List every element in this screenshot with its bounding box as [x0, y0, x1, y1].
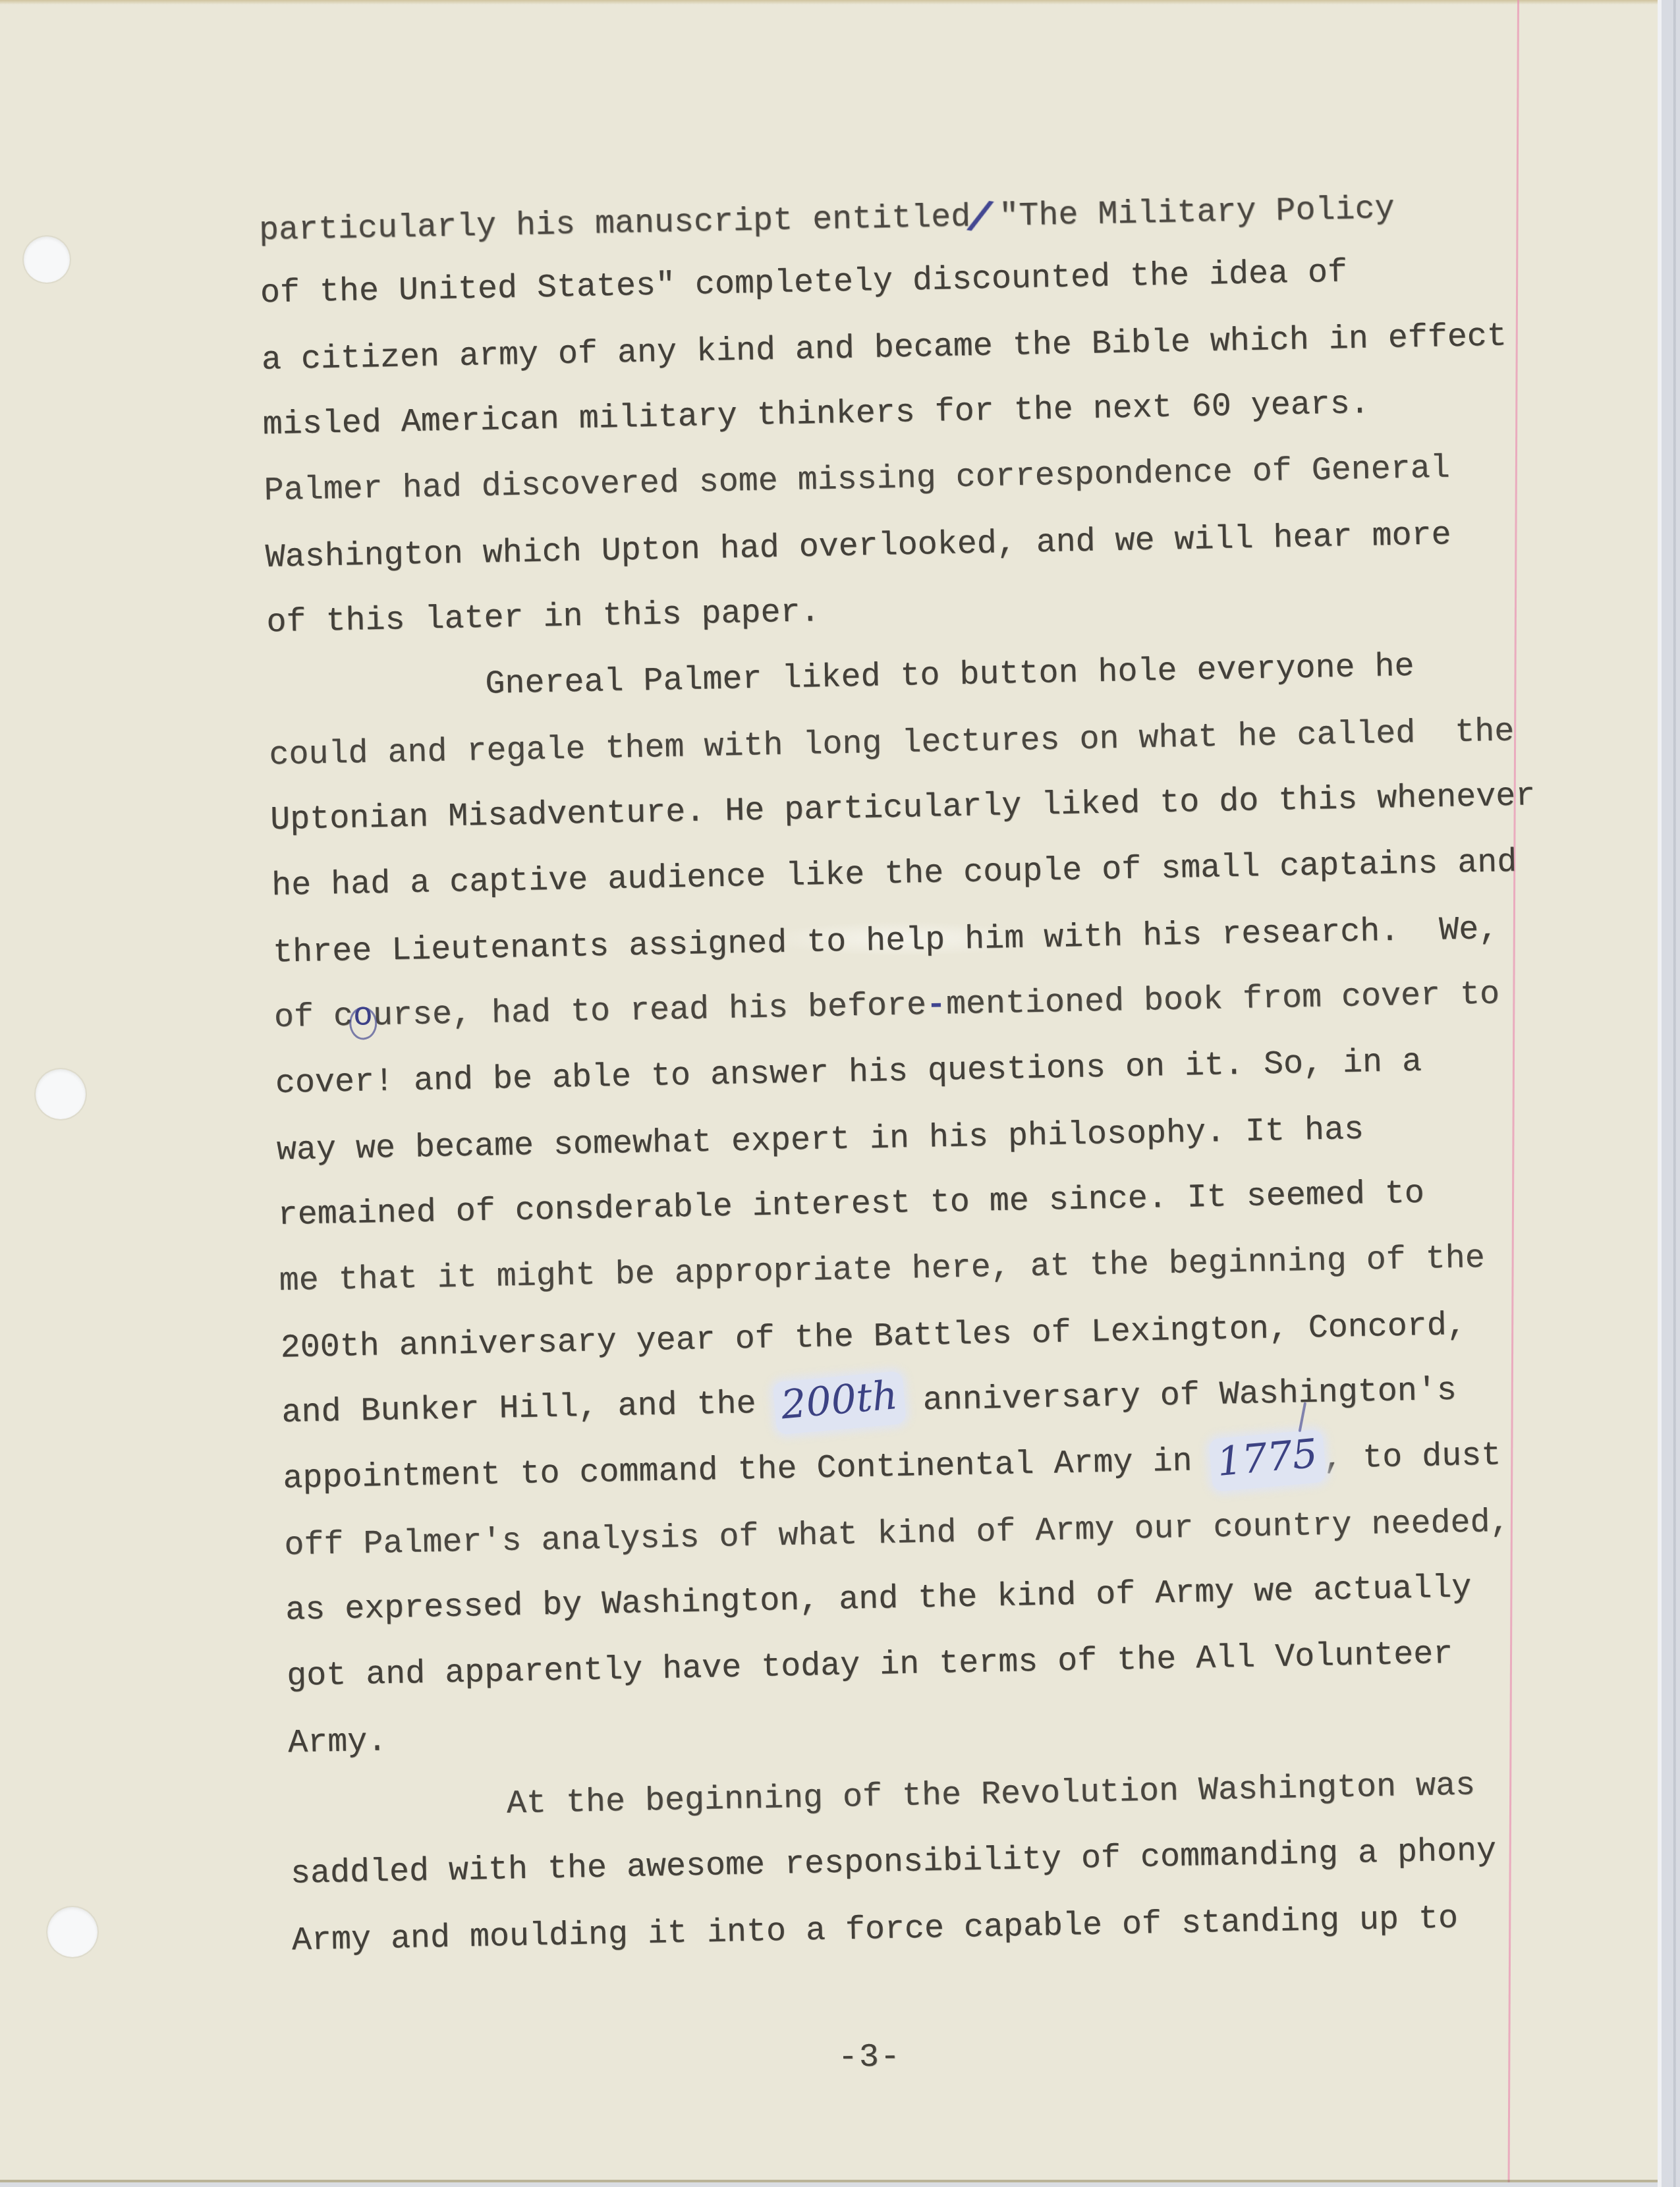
- typed-text: he had a captive audience like the coupl…: [271, 844, 1517, 905]
- pen-hyphen-correction: -: [926, 986, 947, 1024]
- typed-text: got and apparently have today in terms o…: [287, 1636, 1453, 1696]
- typed-text: could and regale them with long lectures…: [269, 713, 1515, 774]
- handwritten-correction: 1775: [1209, 1429, 1327, 1492]
- typed-text: as expressed by Washington, and the kind…: [285, 1569, 1472, 1630]
- typed-text: particularly his manuscript entitled: [259, 199, 971, 250]
- punch-hole-middle: [36, 1069, 86, 1119]
- typed-text: urse, had to read his before: [373, 987, 927, 1035]
- pen-letter-correction: o: [353, 997, 374, 1036]
- typed-text: of this later in this paper.: [266, 594, 820, 642]
- typed-text: of c: [274, 998, 354, 1037]
- typed-text: a citizen army of any kind and became th…: [261, 318, 1507, 379]
- typed-text: , to dust: [1323, 1437, 1501, 1478]
- typed-text: remained of consderable interest to me s…: [277, 1175, 1424, 1234]
- typed-text: mentioned book from cover to: [946, 976, 1500, 1024]
- handwritten-correction: 200th: [773, 1371, 907, 1435]
- typed-text: way we became somewhat expert in his phi…: [276, 1111, 1364, 1170]
- typed-text: and Bunker Hill, and the: [281, 1385, 776, 1432]
- punch-hole-top: [24, 236, 70, 283]
- typed-text: saddled with the awesome responsibility …: [290, 1833, 1496, 1893]
- typed-text: three Lieutenants assigned to help him w…: [273, 911, 1499, 972]
- typed-text: At the beginning of the Revolution Washi…: [289, 1767, 1476, 1827]
- typed-text: Washington which Upton had overlooked, a…: [265, 516, 1451, 577]
- typed-text: misled American military thinkers for th…: [262, 385, 1370, 444]
- typed-text: off Palmer's analysis of what kind of Ar…: [284, 1504, 1510, 1565]
- paper-top-edge: [0, 0, 1680, 5]
- typed-text: me that it might be appropriate here, at…: [279, 1240, 1485, 1300]
- typed-text: Gnereal Palmer liked to button hole ever…: [267, 648, 1414, 707]
- page-number: -3-: [810, 2038, 930, 2077]
- typed-text-block: particularly his manuscript entitled/ "T…: [258, 170, 1596, 1974]
- typed-text: Uptonian Misadventure. He particularly l…: [270, 777, 1536, 839]
- scanner-strip-bottom: [0, 2182, 1658, 2187]
- punch-hole-bottom: [47, 1907, 98, 1957]
- scanned-typewritten-page: particularly his manuscript entitled/ "T…: [0, 0, 1680, 2187]
- typed-text: of the United States" completely discoun…: [260, 254, 1347, 313]
- typed-text: 200th anniversary year of the Battles of…: [280, 1307, 1467, 1368]
- typed-text: Army.: [288, 1723, 387, 1762]
- typed-text: appointment to command the Continental A…: [283, 1443, 1212, 1498]
- typed-text: "The Military Policy: [979, 190, 1395, 236]
- typed-text: Army and moulding it into a force capabl…: [291, 1900, 1458, 1960]
- typed-text: cover! and be able to answer his questio…: [275, 1043, 1422, 1103]
- typed-text: Palmer had discovered some missing corre…: [264, 450, 1450, 511]
- typed-text: anniversary of Washington's: [903, 1372, 1457, 1420]
- scanner-strip-right: [1658, 0, 1680, 2187]
